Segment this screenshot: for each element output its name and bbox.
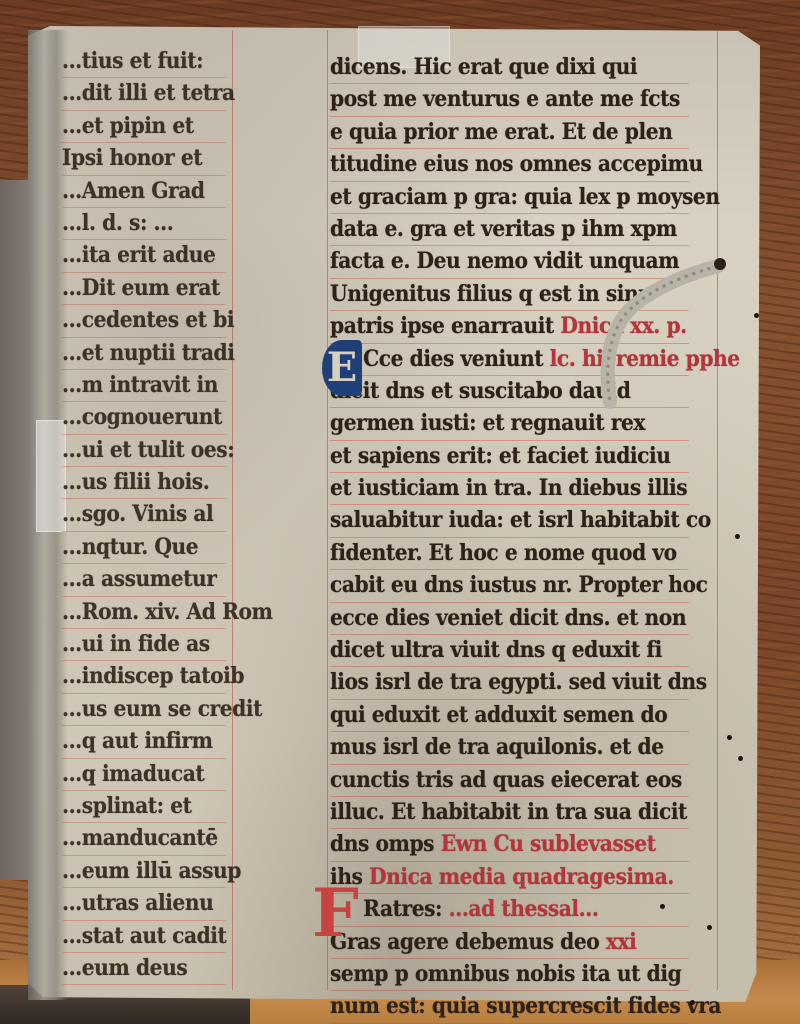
text: titudine eius nos omnes accepimu xyxy=(330,151,703,177)
left-text-line: ...et nuptii tradi xyxy=(62,338,226,370)
left-text-line: ...us filii hois. xyxy=(62,467,226,499)
right-text-line: qui eduxit et adduxit semen do xyxy=(330,700,689,732)
left-text-line: ...nqtur. Que xyxy=(62,532,226,564)
cord-tie xyxy=(598,252,738,412)
red-initial-letter: F xyxy=(312,878,360,948)
left-text-line: ...Rom. xiv. Ad Rom xyxy=(62,597,226,629)
text: et iusticiam in tra. In diebus illis xyxy=(330,475,687,501)
right-text-line: germen iusti: et regnauit rex xyxy=(330,408,689,440)
rubric: ...ad thessal... xyxy=(449,896,599,922)
left-text-line: ...indiscep tatoib xyxy=(62,661,226,693)
right-text-line: ihs Dnica media quadragesima. xyxy=(330,862,689,894)
right-text-line: semp p omnibus nobis ita ut dig xyxy=(330,959,689,991)
right-text-line: lios isrl de tra egypti. sed viuit dns xyxy=(330,667,689,699)
right-text-line: cunctis tris ad quas eiecerat eos xyxy=(330,765,689,797)
rubric: xxi xyxy=(606,929,636,955)
right-text-line: saluabitur iuda: et isrl habitabit co xyxy=(330,505,689,537)
text: germen iusti: et regnauit rex xyxy=(330,410,645,436)
text: Gras agere debemus deo xyxy=(330,929,606,955)
right-text-line: data e. gra et veritas p ihm xpm xyxy=(330,214,689,246)
left-text-line: ...eum illū assup xyxy=(62,856,226,888)
text: num est: quia supercrescit fides vra xyxy=(330,993,721,1019)
right-text-line: titudine eius nos omnes accepimu xyxy=(330,149,689,181)
right-text-line: et iusticiam in tra. In diebus illis xyxy=(330,473,689,505)
right-text-column: dicens. Hic erat que dixi qui post me ve… xyxy=(330,52,720,1024)
text: fidenter. Et hoc e nome quod vo xyxy=(330,540,677,566)
text: illuc. Et habitabit in tra sua dicit xyxy=(330,799,687,825)
left-text-line: ...splinat: et xyxy=(62,791,226,823)
right-text-line: e quia prior me erat. Et de plen xyxy=(330,117,689,149)
left-text-line: ...ui et tulit oes: xyxy=(62,435,226,467)
text: post me venturus e ante me fcts xyxy=(330,86,680,112)
text: cunctis tris ad quas eiecerat eos xyxy=(330,767,682,793)
right-text-line: ecce dies veniet dicit dns. et non xyxy=(330,603,689,635)
text: semp p omnibus nobis ita ut dig xyxy=(330,961,681,987)
left-text-line: ...us eum se credit xyxy=(62,694,226,726)
ruling-line-right-column-start xyxy=(327,30,328,990)
left-text-line: ...utras alienu xyxy=(62,888,226,920)
left-text-line: ...dit illi et tetra xyxy=(62,78,226,110)
rubric: Ewn Cu sublevasset xyxy=(441,831,656,857)
text: ecce dies veniet dicit dns. et non xyxy=(330,605,686,631)
left-text-line: ...q imaducat xyxy=(62,759,226,791)
text: qui eduxit et adduxit semen do xyxy=(330,702,667,728)
right-text-line: et graciam p gra: quia lex p moysen xyxy=(330,182,689,214)
left-text-line: ...a assumetur xyxy=(62,564,226,596)
right-text-line: cabit eu dns iustus nr. Propter hoc xyxy=(330,570,689,602)
right-text-line: num est: quia supercrescit fides vra xyxy=(330,991,689,1023)
left-text-line: ...cedentes et bi xyxy=(62,305,226,337)
left-text-line: ...manducantē xyxy=(62,823,226,855)
left-text-line: ...l. d. s: ... xyxy=(62,208,226,240)
left-text-line: ...stat aut cadit xyxy=(62,921,226,953)
right-text-line: dicens. Hic erat que dixi qui xyxy=(330,52,689,84)
left-text-line: ...et pipin et xyxy=(62,111,226,143)
right-text-line: post me venturus e ante me fcts xyxy=(330,84,689,116)
text: cabit eu dns iustus nr. Propter hoc xyxy=(330,572,707,598)
right-text-line: dns omps Ewn Cu sublevasset xyxy=(330,829,689,861)
left-text-line: ...q aut infirm xyxy=(62,726,226,758)
right-text-line: illuc. Et habitabit in tra sua dicit xyxy=(330,797,689,829)
left-text-line: ...m intravit in xyxy=(62,370,226,402)
text: e quia prior me erat. Et de plen xyxy=(330,119,672,145)
left-text-line: ...sgo. Vinis al xyxy=(62,499,226,531)
text: dicet ultra viuit dns q eduxit fi xyxy=(330,637,662,663)
left-text-column: ...tius et fuit:...dit illi et tetra...e… xyxy=(62,46,240,985)
text: et sapiens erit: et faciet iudiciu xyxy=(330,443,670,469)
text: saluabitur iuda: et isrl habitabit co xyxy=(330,507,711,533)
text: Cce dies veniunt xyxy=(330,346,550,372)
left-text-line: ...tius et fuit: xyxy=(62,46,226,78)
left-text-line: ...ui in fide as xyxy=(62,629,226,661)
left-text-line: ...cognouerunt xyxy=(62,402,226,434)
right-text-line: Gras agere debemus deo xxi xyxy=(330,927,689,959)
text: dns omps xyxy=(330,831,441,857)
rubric: Dnica media quadragesima. xyxy=(369,864,674,890)
right-text-line: Ratres: ...ad thessal... xyxy=(330,894,689,926)
text: mus isrl de tra aquilonis. et de xyxy=(330,734,664,760)
right-text-line: dicet ultra viuit dns q eduxit fi xyxy=(330,635,689,667)
text: dicit dns et suscitabo dauid xyxy=(330,378,630,404)
left-text-line: ...Dit eum erat xyxy=(62,273,226,305)
left-text-line: ...Amen Grad xyxy=(62,176,226,208)
blue-initial-letter: E xyxy=(322,340,362,396)
right-text-line: fidenter. Et hoc e nome quod vo xyxy=(330,538,689,570)
text: dicens. Hic erat que dixi qui xyxy=(330,54,637,80)
text: lios isrl de tra egypti. sed viuit dns xyxy=(330,669,707,695)
text: et graciam p gra: quia lex p moysen xyxy=(330,184,720,210)
right-text-line: mus isrl de tra aquilonis. et de xyxy=(330,732,689,764)
text: patris ipse enarrauit xyxy=(330,313,560,339)
left-text-line: ...eum deus xyxy=(62,953,226,985)
left-text-line: ...ita erit adue xyxy=(62,240,226,272)
text: data e. gra et veritas p ihm xpm xyxy=(330,216,677,242)
left-text-line: Ipsi honor et xyxy=(62,143,226,175)
right-text-line: et sapiens erit: et faciet iudiciu xyxy=(330,441,689,473)
